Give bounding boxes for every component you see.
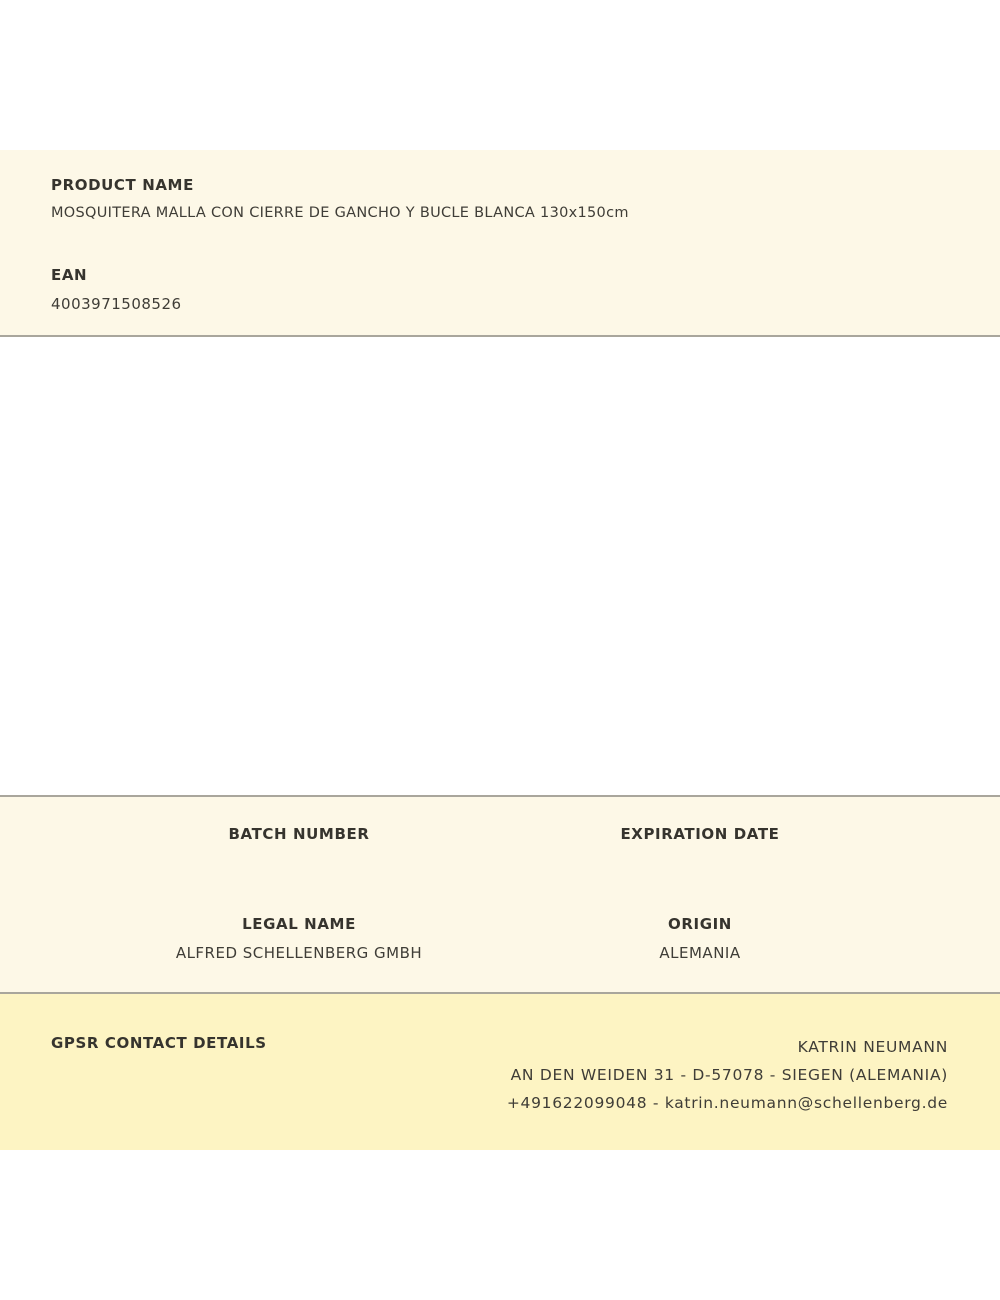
ean-value: 4003971508526 xyxy=(51,295,182,313)
contact-address: AN DEN WEIDEN 31 - D-57078 - SIEGEN (ALE… xyxy=(507,1061,948,1089)
metadata-section: BATCH NUMBER EXPIRATION DATE LEGAL NAME … xyxy=(0,795,1000,994)
ean-label: EAN xyxy=(51,266,87,284)
expiration-date-field: EXPIRATION DATE xyxy=(500,825,900,854)
gpsr-contact-label: GPSR CONTACT DETAILS xyxy=(51,1034,267,1052)
origin-label: ORIGIN xyxy=(500,915,900,933)
product-section: PRODUCT NAME MOSQUITERA MALLA CON CIERRE… xyxy=(0,150,1000,337)
contact-phone-email: +491622099048 - katrin.neumann@schellenb… xyxy=(507,1089,948,1117)
origin-field: ORIGIN ALEMANIA xyxy=(500,915,900,962)
gpsr-contact-section: GPSR CONTACT DETAILS KATRIN NEUMANN AN D… xyxy=(0,994,1000,1150)
origin-value: ALEMANIA xyxy=(500,944,900,962)
gpsr-contact-details: KATRIN NEUMANN AN DEN WEIDEN 31 - D-5707… xyxy=(507,1033,948,1117)
legal-name-field: LEGAL NAME ALFRED SCHELLENBERG GMBH xyxy=(99,915,499,962)
legal-name-label: LEGAL NAME xyxy=(99,915,499,933)
legal-name-value: ALFRED SCHELLENBERG GMBH xyxy=(99,944,499,962)
batch-number-field: BATCH NUMBER xyxy=(99,825,499,854)
product-name-label: PRODUCT NAME xyxy=(51,176,194,194)
expiration-date-label: EXPIRATION DATE xyxy=(500,825,900,843)
batch-number-label: BATCH NUMBER xyxy=(99,825,499,843)
contact-name: KATRIN NEUMANN xyxy=(507,1033,948,1061)
product-name-value: MOSQUITERA MALLA CON CIERRE DE GANCHO Y … xyxy=(51,205,629,221)
